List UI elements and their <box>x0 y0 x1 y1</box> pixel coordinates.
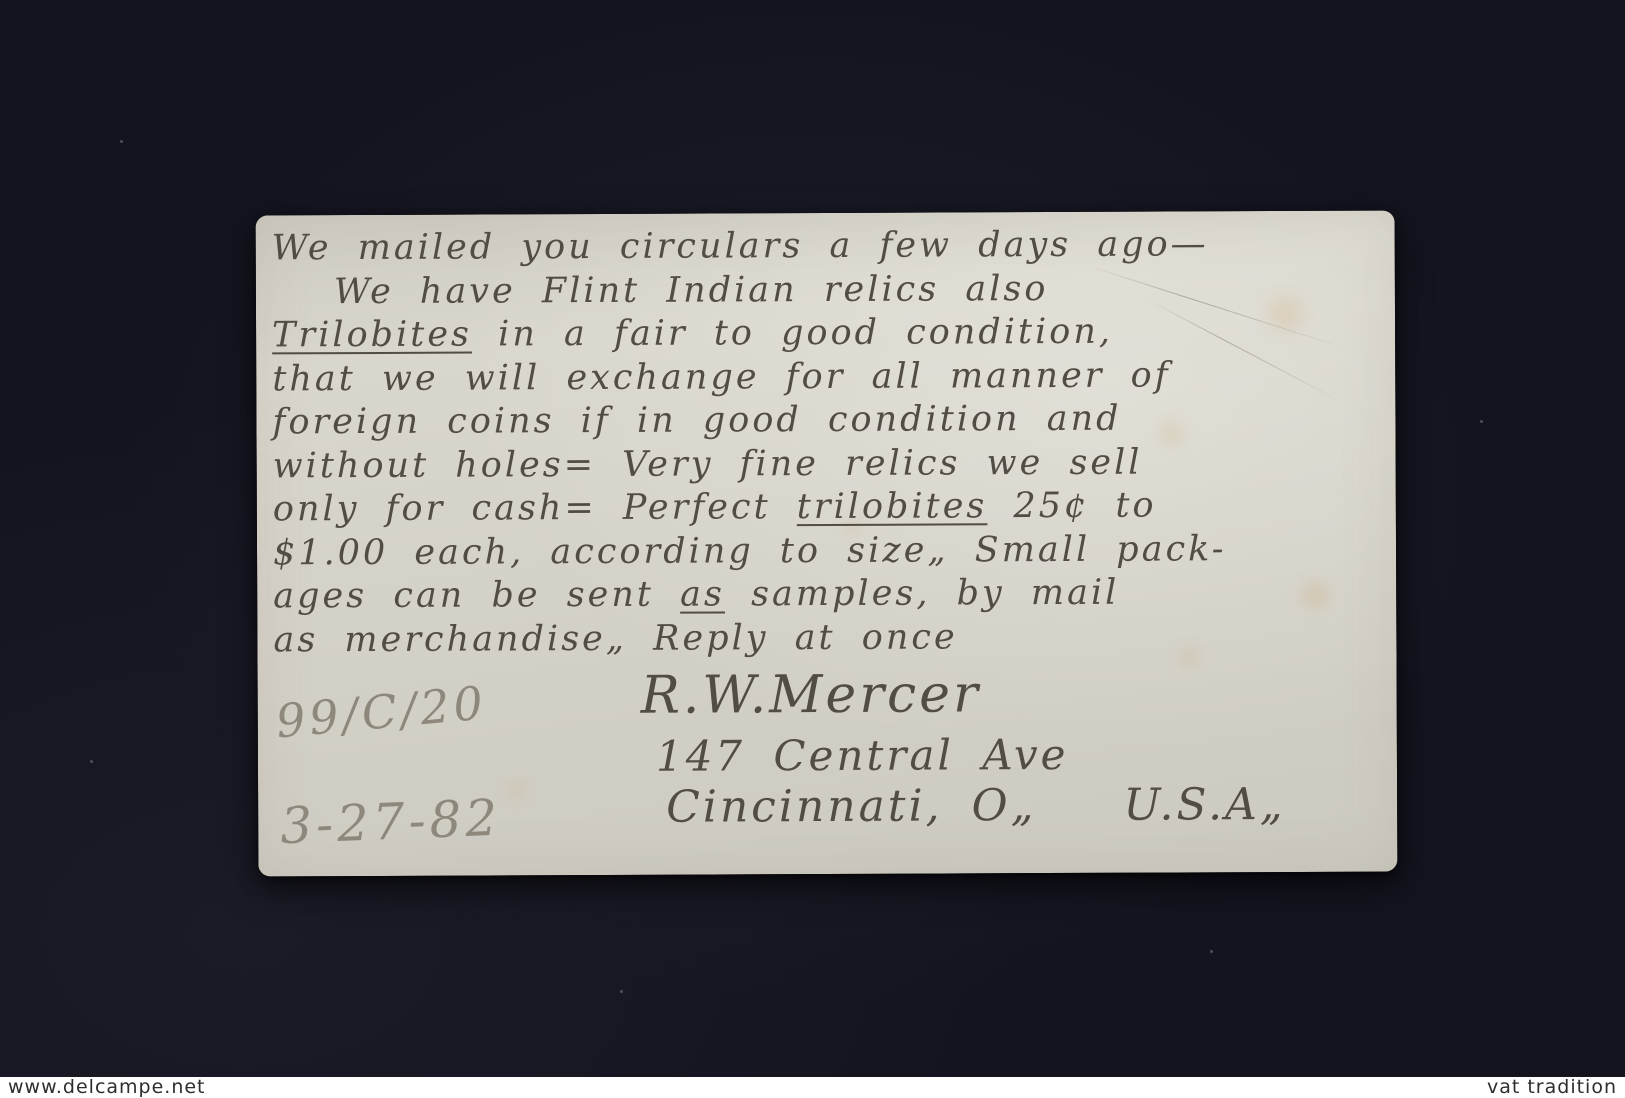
message-text: We have Flint Indian relics also <box>334 269 1049 312</box>
pencil-reference: 99/C/20 <box>274 675 489 748</box>
message-text: in a fair to good condition, <box>472 312 1113 355</box>
stain-spot <box>498 774 534 804</box>
fabric-speck <box>1210 950 1213 953</box>
underlined-word: trilobites <box>797 486 988 527</box>
fabric-speck <box>620 990 623 993</box>
underlined-word: Trilobites <box>272 315 472 356</box>
message-text: without holes= Very fine relics we sell <box>273 442 1143 486</box>
message-line: foreign coins if in good condition and <box>272 397 1385 445</box>
message-text: ages can be sent <box>273 575 680 617</box>
message-text: 25¢ to <box>987 486 1156 527</box>
signature: R.W.Mercer <box>641 664 981 725</box>
message-line: without holes= Very fine relics we sell <box>273 440 1386 488</box>
message-text: samples, by mail <box>725 573 1120 615</box>
pencil-date: 3-27-82 <box>279 789 502 856</box>
message-text: $1.00 each, according to size„ Small pac… <box>273 529 1227 573</box>
message-text: that we will exchange for all manner of <box>272 355 1171 399</box>
watermark-right-text: vat tradition <box>1487 1077 1617 1098</box>
postcard: We mailed you circulars a few days ago—W… <box>256 211 1398 877</box>
message-text: as merchandise„ Reply at once <box>273 617 957 660</box>
message-text: only for cash= Perfect <box>273 487 797 529</box>
fabric-speck <box>1480 420 1483 423</box>
message-line: $1.00 each, according to size„ Small pac… <box>273 527 1386 575</box>
message-line: We mailed you circulars a few days ago— <box>272 223 1385 271</box>
address-line-2: Cincinnati, O„ U.S.A„ <box>666 779 1286 833</box>
watermark-bar: www.delcampe.net vat tradition <box>0 1077 1625 1098</box>
fabric-speck <box>90 760 93 763</box>
fabric-speck <box>120 140 123 143</box>
message-line: only for cash= Perfect trilobites 25¢ to <box>273 484 1386 532</box>
message-text: We mailed you circulars a few days ago— <box>272 224 1209 268</box>
message-line: as merchandise„ Reply at once <box>273 614 1386 662</box>
message-line: that we will exchange for all manner of <box>272 353 1385 401</box>
photo-background: We mailed you circulars a few days ago—W… <box>0 0 1625 1098</box>
message-line: Trilobites in a fair to good condition, <box>272 310 1385 358</box>
message-line: ages can be sent as samples, by mail <box>273 571 1386 619</box>
message-line: We have Flint Indian relics also <box>272 266 1385 314</box>
address-line-1: 147 Central Ave <box>656 730 1069 781</box>
underlined-word: as <box>680 574 725 614</box>
message-lines: We mailed you circulars a few days ago—W… <box>272 223 1387 663</box>
message-text: foreign coins if in good condition and <box>272 399 1121 443</box>
watermark-left-text: www.delcampe.net <box>8 1077 206 1098</box>
